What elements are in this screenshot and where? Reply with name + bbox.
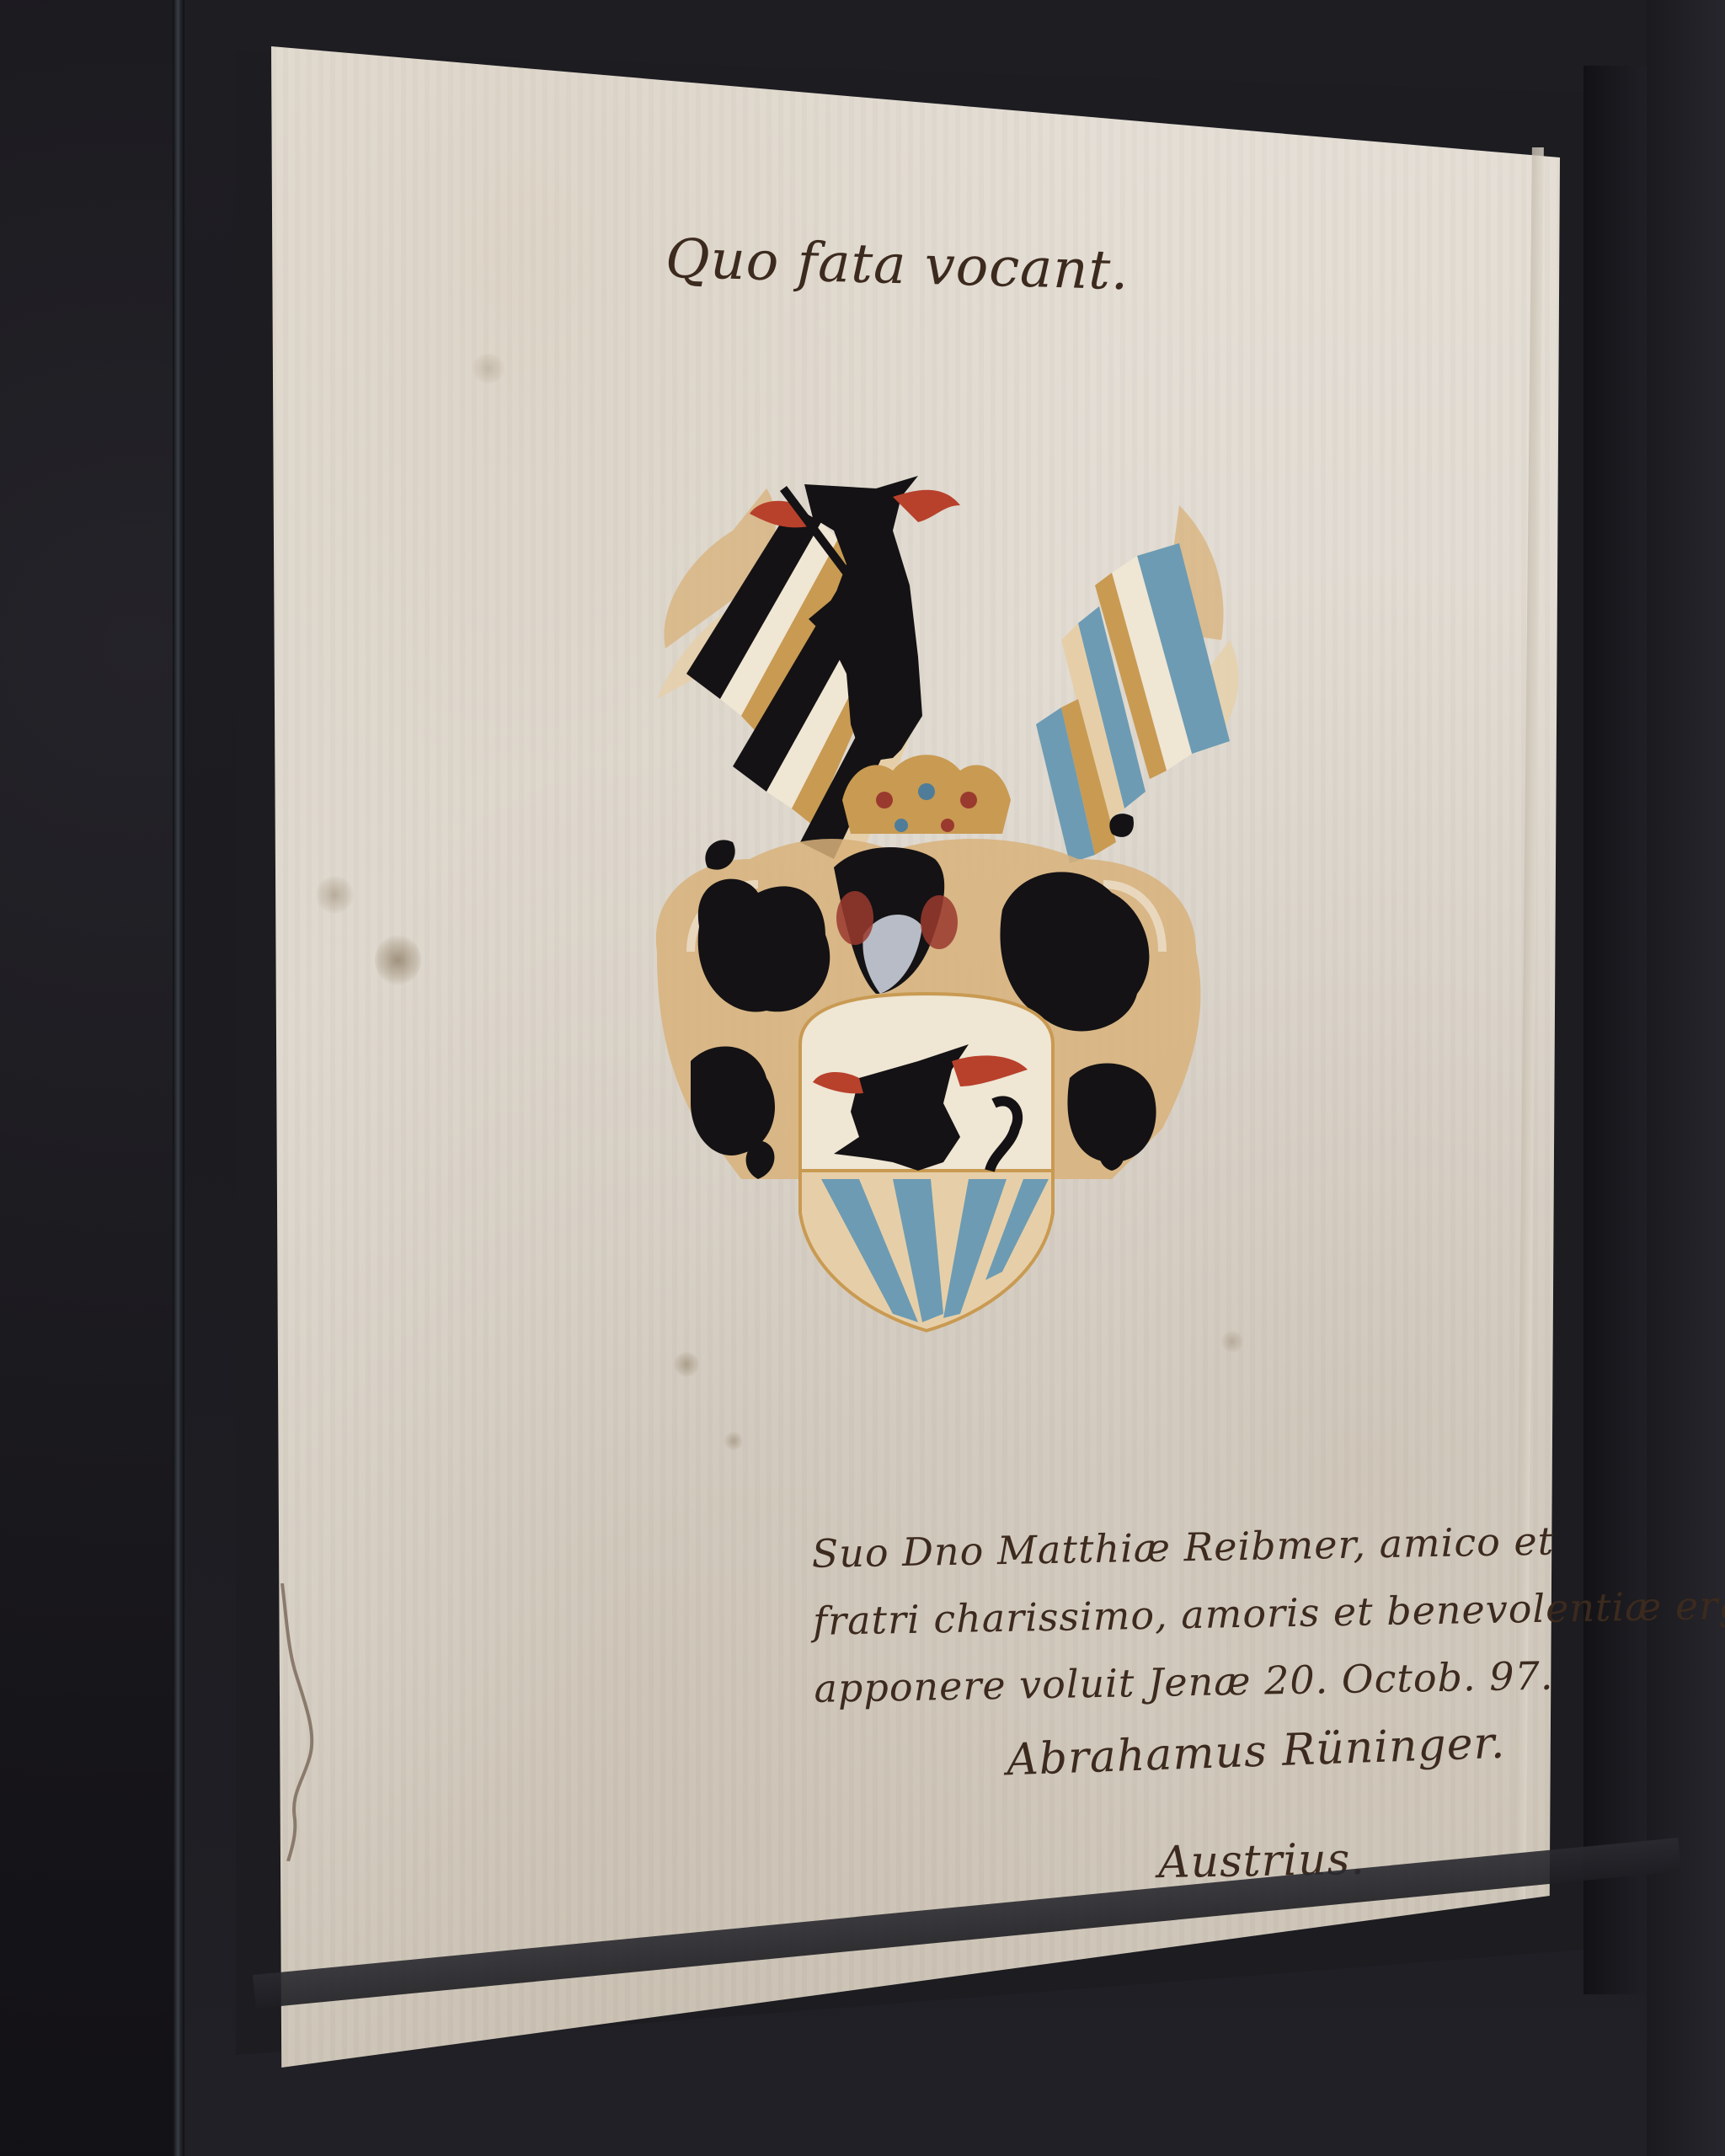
dedication-text: Suo Dno Matthiæ Reibmer, amico et fratri… [811, 1503, 1725, 1722]
right-wing-icon [1036, 505, 1238, 863]
coat-of-arms-illustration [640, 438, 1280, 1347]
foxing-stain [674, 1352, 699, 1377]
paper-tear [278, 1583, 328, 1861]
foxing-stain [724, 1432, 743, 1450]
foxing-stain [472, 354, 505, 383]
foxing-stain [316, 876, 354, 914]
foxing-stain [375, 935, 421, 985]
shield-icon [800, 994, 1053, 1331]
crown-icon [842, 755, 1011, 834]
frame-edge-left [173, 0, 184, 2156]
motto-text: Quo fata vocant. [665, 228, 1130, 302]
frame-edge-right [1647, 0, 1725, 2156]
